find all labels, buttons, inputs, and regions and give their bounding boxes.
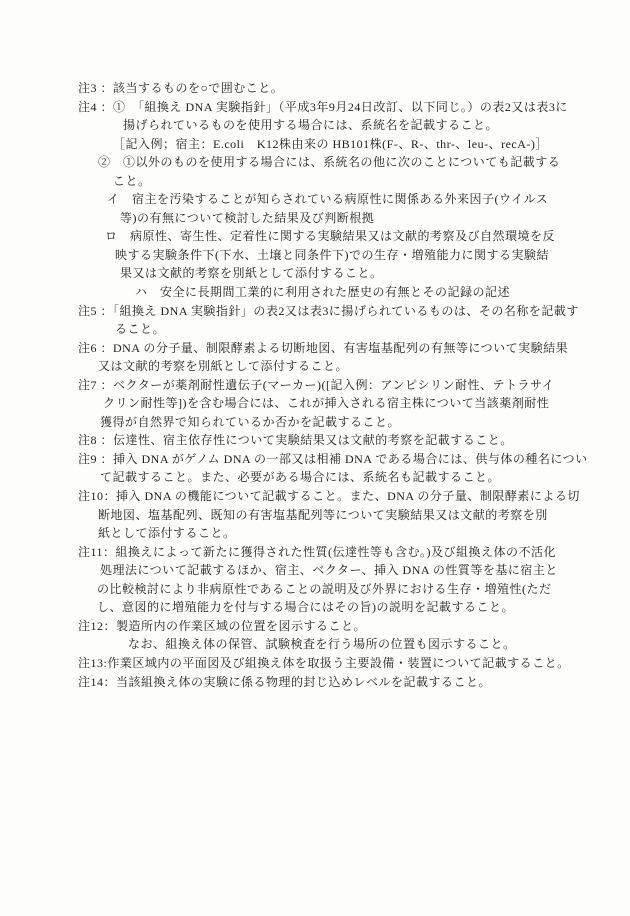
document-line: ること。 bbox=[0, 320, 630, 339]
document-line: 注13:作業区域内の平面図及び組換え体を取扱う主要設備・装置について記載すること… bbox=[0, 654, 630, 673]
document-line: 注7 ：ベクターが薬剤耐性遺伝子(マーカー)([記入例：アンピシリン耐性、テトラ… bbox=[0, 376, 630, 395]
document-line: 注3 ：該当するものを○で囲むこと。 bbox=[0, 79, 630, 98]
document-line: の比較検討により非病原性であることの説明及び外界における生存・増殖性(ただ bbox=[0, 580, 630, 599]
document-line: 注14：当該組換え体の実験に係る物理的封じ込めレベルを記載すること。 bbox=[0, 673, 630, 692]
document-line: し、意図的に増殖能力を付与する場合にはその旨)の説明を記載すること。 bbox=[0, 598, 630, 617]
document-line: 注4 ：① 「組換え DNA 実験指針」（平成3年9月24日改訂、以下同じ。）の… bbox=[0, 98, 630, 117]
document-line: 注11：組換えによって新たに獲得された性質(伝達性等も含む。)及び組換え体の不活… bbox=[0, 543, 630, 562]
document-line: 注12：製造所内の作業区域の位置を図示すること。 bbox=[0, 617, 630, 636]
document-line: 注10：挿入 DNA の機能について記載すること。また、DNA の分子量、制限酵… bbox=[0, 487, 630, 506]
document-line: 映する実験条件下(下水、土壌と同条件下)での生存・増殖能力に関する実験結 bbox=[0, 246, 630, 265]
document-line: なお、組換え体の保管、試験検査を行う場所の位置も図示すること。 bbox=[0, 635, 630, 654]
document-line: ② ①以外のものを使用する場合には、系統名の他に次のことについても記載する bbox=[0, 153, 630, 172]
document-line: ハ 安全に長期間工業的に利用された歴史の有無とその記録の記述 bbox=[0, 283, 630, 302]
document-line: 注9 ：挿入 DNA がゲノム DNA の一部又は相補 DNA である場合には、… bbox=[0, 450, 630, 469]
document-line: 果又は文献的考察を別紙として添付すること。 bbox=[0, 264, 630, 283]
notes-list: 注3 ：該当するものを○で囲むこと。注4 ：① 「組換え DNA 実験指針」（平… bbox=[0, 79, 630, 691]
document-line: 注8 ：伝達性、宿主依存性について実験結果又は文献的考察を記載すること。 bbox=[0, 431, 630, 450]
document-line: 紙として添付すること。 bbox=[0, 524, 630, 543]
document-line: ロ 病原性、寄生性、定着性に関する実験結果又は文献的考察及び自然環境を反 bbox=[0, 227, 630, 246]
document-line: 注5 ：「組換え DNA 実験指針」の表2又は表3に揚げられているものは、その名… bbox=[0, 302, 630, 321]
document-line: クリン耐性等])を含む場合には、これが挿入される宿主株について当該薬剤耐性 bbox=[0, 394, 630, 413]
document-line: 等)の有無について検討した結果及び判断根拠 bbox=[0, 209, 630, 228]
document-line: 揚げられているものを使用する場合には、系統名を記載すること。 bbox=[0, 116, 630, 135]
document-line: ［記入例；宿主：E.coli K12株由来の HB101株(F-、R-、thr-… bbox=[0, 135, 630, 154]
document-line: 又は文献的考察を別紙として添付すること。 bbox=[0, 357, 630, 376]
document-line: 注6 ：DNA の分子量、制限酵素よる切断地図、有害塩基配列の有無等について実験… bbox=[0, 339, 630, 358]
document-line: こと。 bbox=[0, 172, 630, 191]
document-line: て記載すること。また、必要がある場合には、系統名も記載すること。 bbox=[0, 468, 630, 487]
document-line: 処理法について記載するほか、宿主、ベクター、挿入 DNA の性質等を基に宿主と bbox=[0, 561, 630, 580]
document-line: 獲得が自然界で知られているか否かを記載すること。 bbox=[0, 413, 630, 432]
document-line: イ 宿主を汚染することが知らされている病原性に関係ある外来因子(ウイルス bbox=[0, 190, 630, 209]
document-line: 断地図、塩基配列、既知の有害塩基配列等について実験結果又は文献的考察を別 bbox=[0, 506, 630, 525]
document-page: 注3 ：該当するものを○で囲むこと。注4 ：① 「組換え DNA 実験指針」（平… bbox=[0, 0, 630, 916]
